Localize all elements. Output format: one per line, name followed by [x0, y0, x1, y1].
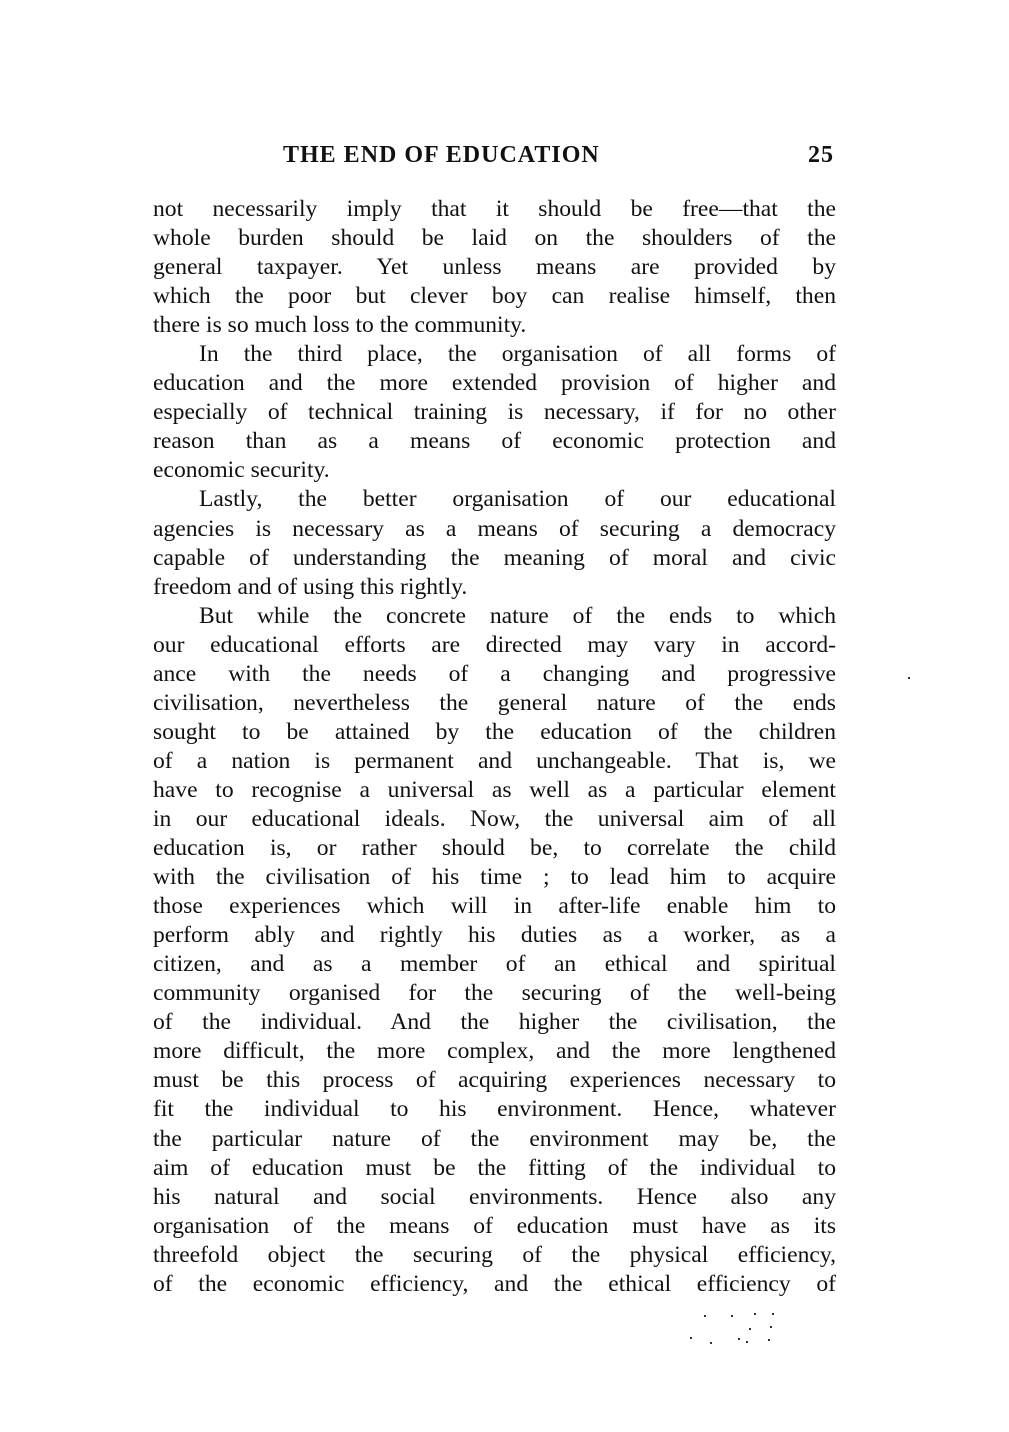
scan-speck	[772, 1313, 774, 1315]
text-line: economic security.	[153, 456, 836, 485]
text-line: his natural and social environments. Hen…	[153, 1183, 836, 1212]
paragraph: Lastly, the better organisation of our e…	[153, 485, 836, 601]
text-line: aim of education must be the fitting of …	[153, 1154, 836, 1183]
text-line: not necessarily imply that it should be …	[153, 195, 836, 224]
scan-speck	[746, 1341, 748, 1343]
text-line: in our educational ideals. Now, the univ…	[153, 805, 836, 834]
scan-speck	[738, 1338, 740, 1340]
paragraph: But while the concrete nature of the end…	[153, 602, 836, 1299]
text-line: especially of technical training is nece…	[153, 398, 836, 427]
text-line: whole burden should be laid on the shoul…	[153, 224, 836, 253]
text-line: have to recognise a universal as well as…	[153, 776, 836, 805]
scan-speck	[908, 677, 910, 679]
text-line: the particular nature of the environment…	[153, 1125, 836, 1154]
text-line: ance with the needs of a changing and pr…	[153, 660, 836, 689]
paragraph: not necessarily imply that it should be …	[153, 195, 836, 340]
running-title: THE END OF EDUCATION	[283, 142, 600, 169]
scan-speck	[749, 1328, 751, 1330]
text-line: our educational efforts are directed may…	[153, 631, 836, 660]
paragraph: In the third place, the organisation of …	[153, 340, 836, 485]
text-line: with the civilisation of his time ; to l…	[153, 863, 836, 892]
text-line: there is so much loss to the community.	[153, 311, 836, 340]
text-line: of the economic efficiency, and the ethi…	[153, 1270, 836, 1299]
scan-speck	[768, 1339, 770, 1341]
text-line: freedom and of using this rightly.	[153, 573, 836, 602]
text-line: citizen, and as a member of an ethical a…	[153, 950, 836, 979]
text-line: education and the more extended provisio…	[153, 369, 836, 398]
scan-speck	[690, 1337, 692, 1339]
text-line: which the poor but clever boy can realis…	[153, 282, 836, 311]
page-number: 25	[808, 142, 834, 169]
text-line: But while the concrete nature of the end…	[153, 602, 836, 631]
text-line: community organised for the securing of …	[153, 979, 836, 1008]
text-line: more difficult, the more complex, and th…	[153, 1037, 836, 1066]
text-line: of the individual. And the higher the ci…	[153, 1008, 836, 1037]
scan-speck	[754, 1313, 756, 1315]
scan-speck	[704, 1315, 706, 1317]
running-head: THE END OF EDUCATION 25	[153, 138, 836, 178]
text-line: organisation of the means of education m…	[153, 1212, 836, 1241]
book-page: THE END OF EDUCATION 25 not necessarily …	[153, 138, 836, 1299]
scan-speck	[710, 1342, 712, 1344]
text-line: of a nation is permanent and unchangeabl…	[153, 747, 836, 776]
text-line: education is, or rather should be, to co…	[153, 834, 836, 863]
text-line: Lastly, the better organisation of our e…	[153, 485, 836, 514]
text-line: sought to be attained by the education o…	[153, 718, 836, 747]
text-line: must be this process of acquiring experi…	[153, 1066, 836, 1095]
text-line: agencies is necessary as a means of secu…	[153, 515, 836, 544]
text-line: reason than as a means of economic prote…	[153, 427, 836, 456]
text-line: civilisation, nevertheless the general n…	[153, 689, 836, 718]
text-line: In the third place, the organisation of …	[153, 340, 836, 369]
scan-speck	[731, 1315, 733, 1317]
text-line: fit the individual to his environment. H…	[153, 1095, 836, 1124]
scan-speck	[770, 1326, 772, 1328]
text-line: those experiences which will in after-li…	[153, 892, 836, 921]
text-line: capable of understanding the meaning of …	[153, 544, 836, 573]
body-text: not necessarily imply that it should be …	[153, 195, 836, 1299]
text-line: threefold object the securing of the phy…	[153, 1241, 836, 1270]
text-line: perform ably and rightly his duties as a…	[153, 921, 836, 950]
text-line: general taxpayer. Yet unless means are p…	[153, 253, 836, 282]
